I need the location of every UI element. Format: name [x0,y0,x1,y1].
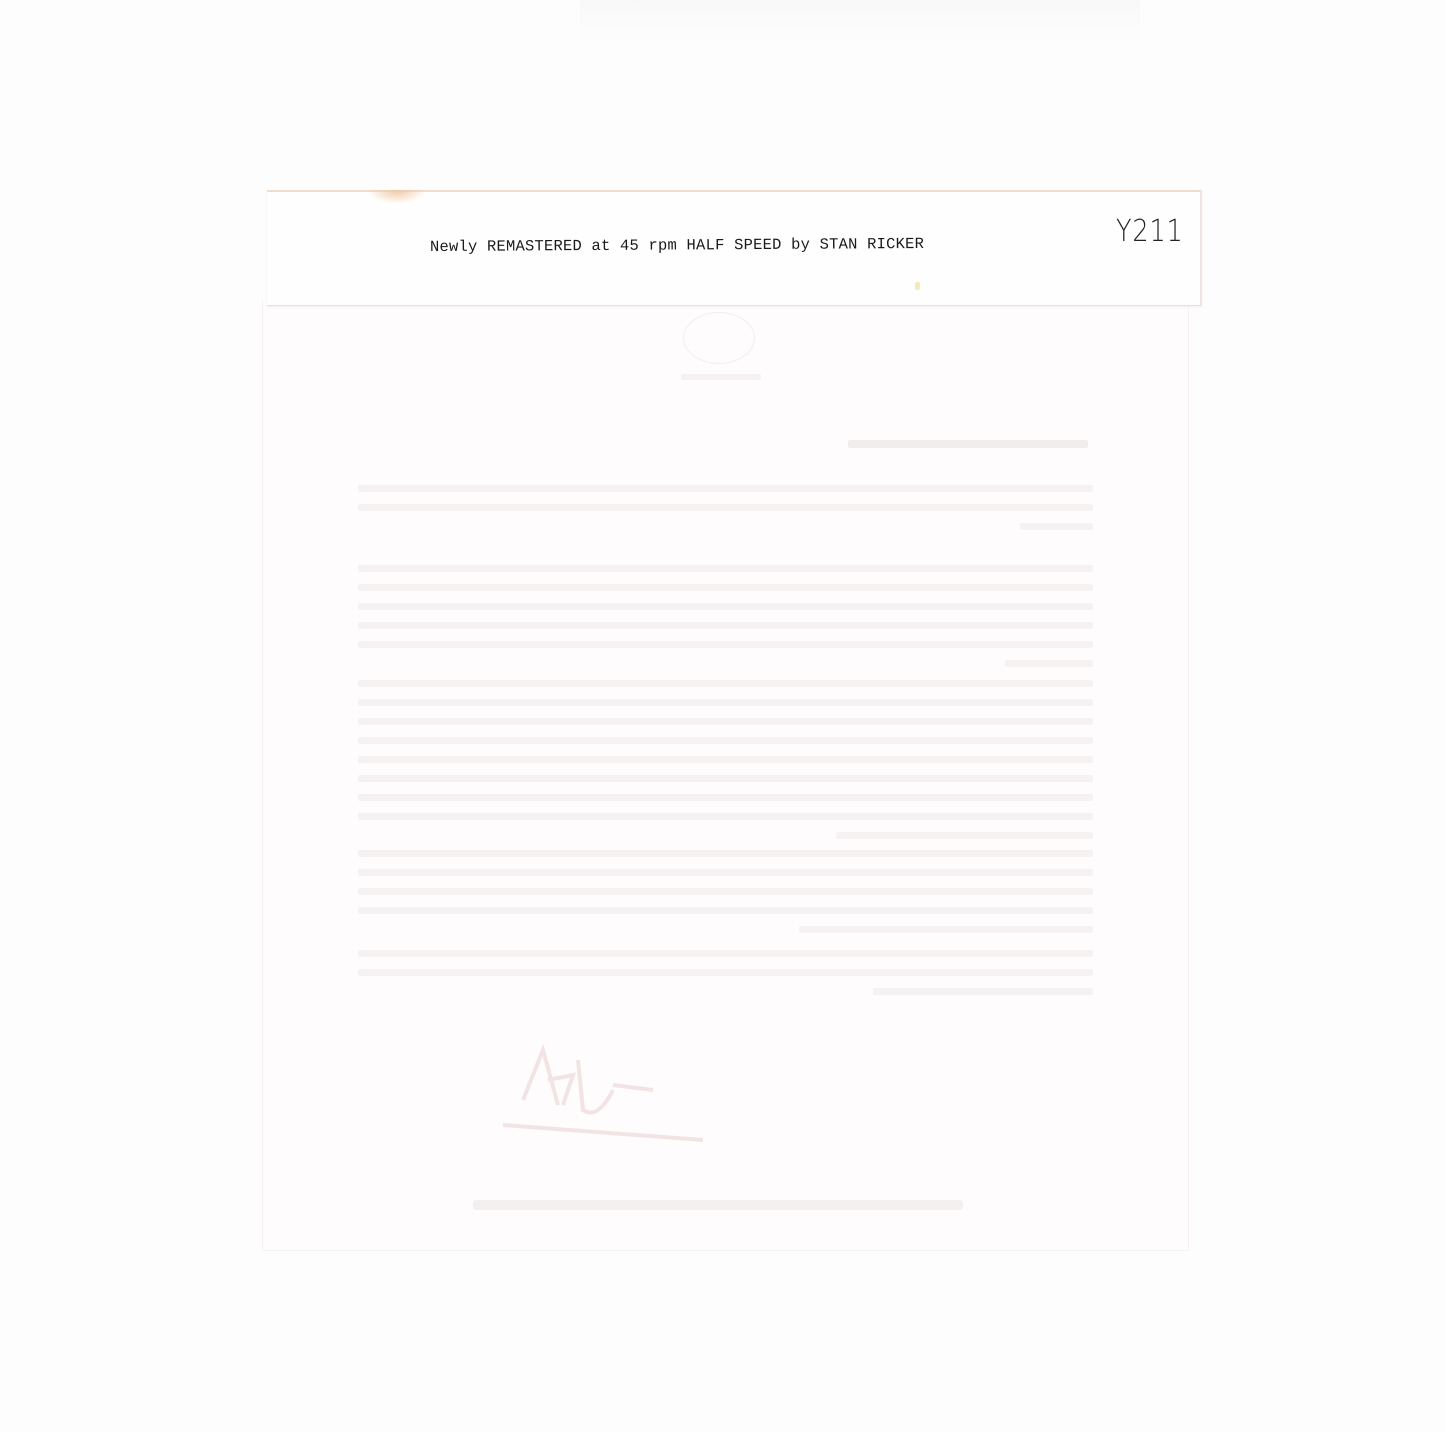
footer-bleedthrough [473,1200,963,1210]
letter-sheet [262,300,1189,1251]
letter-heading-bleedthrough [848,440,1088,448]
label-strip: Newly REMASTERED at 45 rpm HALF SPEED by… [267,190,1202,306]
catalog-number: Y211 [1116,214,1184,249]
stain-dot [915,282,920,290]
paragraph-2-bleedthrough [358,565,1093,679]
paragraph-5-bleedthrough [358,950,1093,1007]
remastered-label-text: Newly REMASTERED at 45 rpm HALF SPEED by… [430,235,924,256]
letterhead-caption [681,374,761,380]
top-scan-shadow [580,0,1140,45]
paragraph-1-bleedthrough [358,485,1093,542]
signature-bleedthrough [503,1030,703,1150]
paragraph-4-bleedthrough [358,850,1093,945]
paragraph-3-bleedthrough [358,680,1093,851]
letterhead-seal-icon [683,312,755,364]
stain-mark [367,190,427,204]
